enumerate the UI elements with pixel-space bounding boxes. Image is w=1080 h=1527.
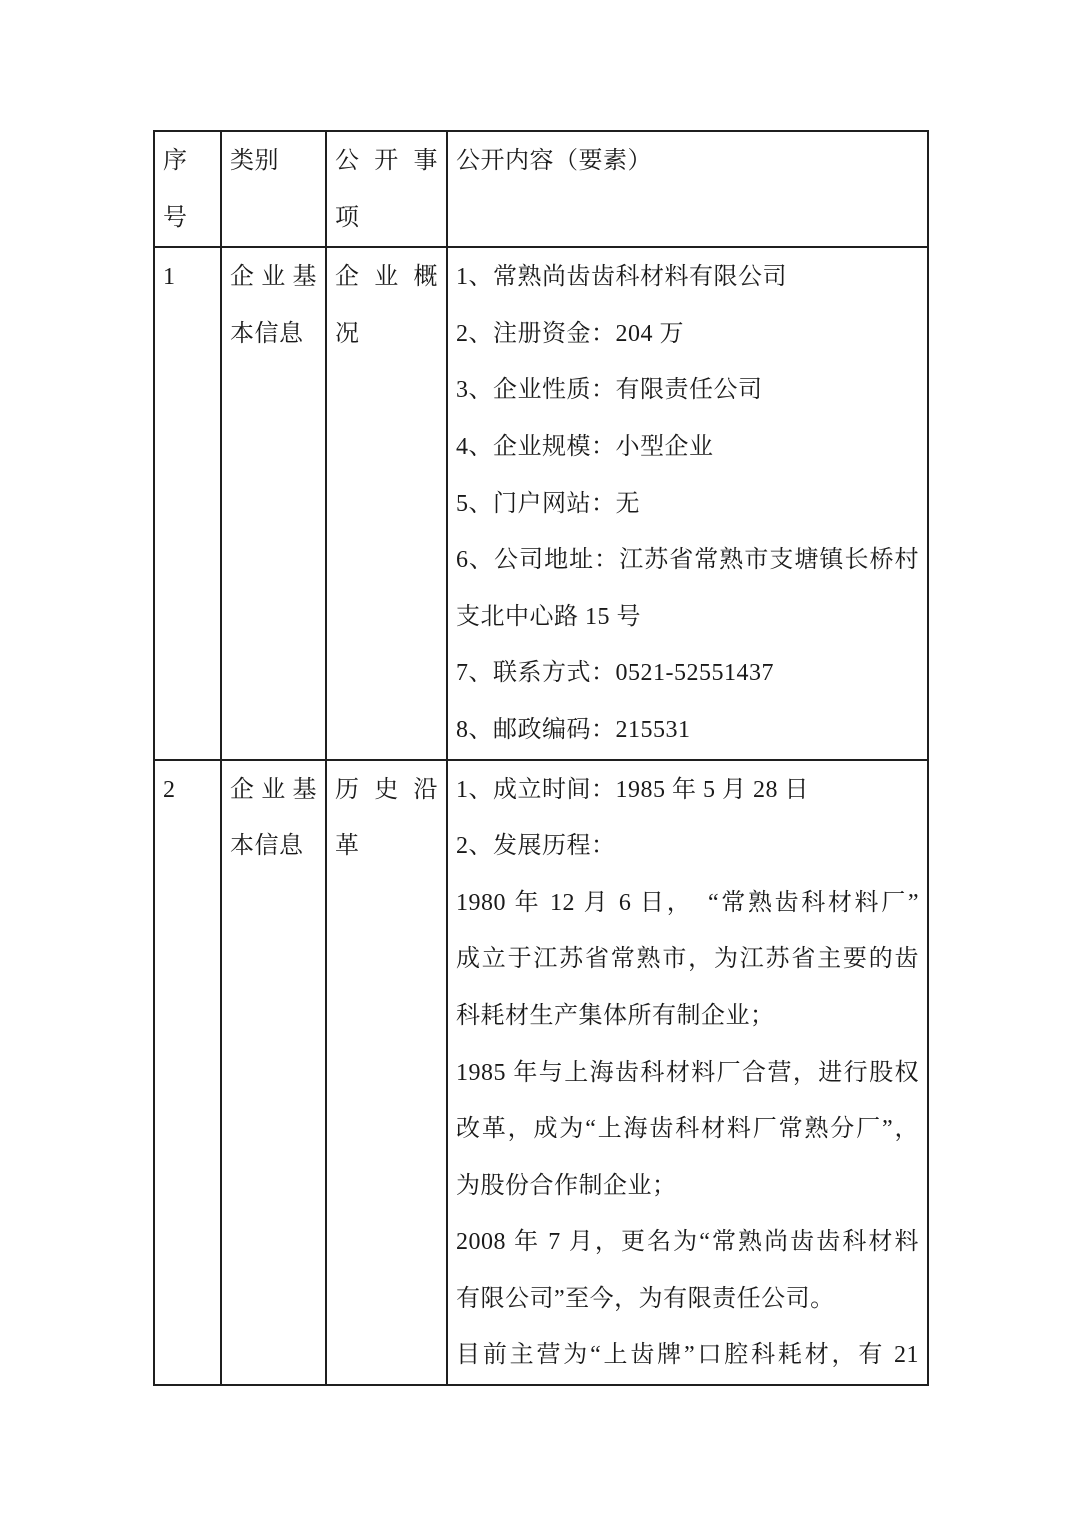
text-line: 历史沿 [335,762,438,819]
text-line: 本信息 [230,306,317,363]
text-line: 为股份合作制企业； [456,1158,919,1215]
text-line: 2008 年 7 月，更名为“常熟尚齿齿科材料 [456,1214,919,1271]
table-row: 2 企业基本信息 历史沿革 1、成立时间：1985 年 5 月 28 日2、发展… [154,760,928,1386]
text-line: 改革，成为“上海齿科材料厂常熟分厂”， [456,1101,919,1158]
row2-cell-category: 企业基本信息 [221,760,326,1386]
text-line: 1 [163,249,212,306]
info-disclosure-table: 序号 类别 公开事项 公开内容（要素） 1 企业基本信息 企业概况 1、常熟尚齿… [153,130,929,1386]
row2-cell-item: 历史沿革 [326,760,447,1386]
header-cell-seq: 序号 [154,131,221,247]
text-line: 6、公司地址：江苏省常熟市支塘镇长桥村 [456,532,919,589]
text-line: 2 [163,762,212,819]
text-line: 有限公司”至今，为有限责任公司。 [456,1271,919,1328]
text-line: 成立于江苏省常熟市，为江苏省主要的齿 [456,931,919,988]
row1-cell-item: 企业概况 [326,247,447,759]
text-line: 企业基 [230,249,317,306]
text-line: 号 [163,190,212,247]
row1-cell-content: 1、常熟尚齿齿科材料有限公司2、注册资金：204 万3、企业性质：有限责任公司4… [447,247,928,759]
text-line: 企业概 [335,249,438,306]
text-line: 支北中心路 15 号 [456,589,919,646]
table-header-row: 序号 类别 公开事项 公开内容（要素） [154,131,928,247]
text-line: 公开内容（要素） [456,133,919,190]
text-line: 革 [335,818,438,875]
text-line: 4、企业规模：小型企业 [456,419,919,476]
text-line: 公开事 [335,133,438,190]
row2-cell-content: 1、成立时间：1985 年 5 月 28 日2、发展历程：1980 年 12 月… [447,760,928,1386]
text-line: 3、企业性质：有限责任公司 [456,362,919,419]
text-line: 7、联系方式：0521-52551437 [456,645,919,702]
text-line: 1980 年 12 月 6 日， “常熟齿科材料厂” [456,875,919,932]
text-line: 项 [335,190,438,247]
text-line: 1、常熟尚齿齿科材料有限公司 [456,249,919,306]
row1-cell-category: 企业基本信息 [221,247,326,759]
text-line: 1、成立时间：1985 年 5 月 28 日 [456,762,919,819]
text-line: 本信息 [230,818,317,875]
row1-cell-seq: 1 [154,247,221,759]
table-row: 1 企业基本信息 企业概况 1、常熟尚齿齿科材料有限公司2、注册资金：204 万… [154,247,928,759]
row2-cell-seq: 2 [154,760,221,1386]
text-line: 1985 年与上海齿科材料厂合营，进行股权 [456,1045,919,1102]
text-line: 8、邮政编码：215531 [456,702,919,759]
text-line: 5、门户网站：无 [456,476,919,533]
text-line: 2、发展历程： [456,818,919,875]
text-line: 科耗材生产集体所有制企业； [456,988,919,1045]
text-line: 企业基 [230,762,317,819]
text-line: 2、注册资金：204 万 [456,306,919,363]
header-cell-category: 类别 [221,131,326,247]
header-cell-item: 公开事项 [326,131,447,247]
text-line: 类别 [230,133,317,190]
text-line: 况 [335,306,438,363]
text-line: 目前主营为“上齿牌”口腔科耗材，有 21 [456,1327,919,1384]
header-cell-content: 公开内容（要素） [447,131,928,247]
document-page: 序号 类别 公开事项 公开内容（要素） 1 企业基本信息 企业概况 1、常熟尚齿… [0,0,1080,1527]
text-line: 序 [163,133,212,190]
